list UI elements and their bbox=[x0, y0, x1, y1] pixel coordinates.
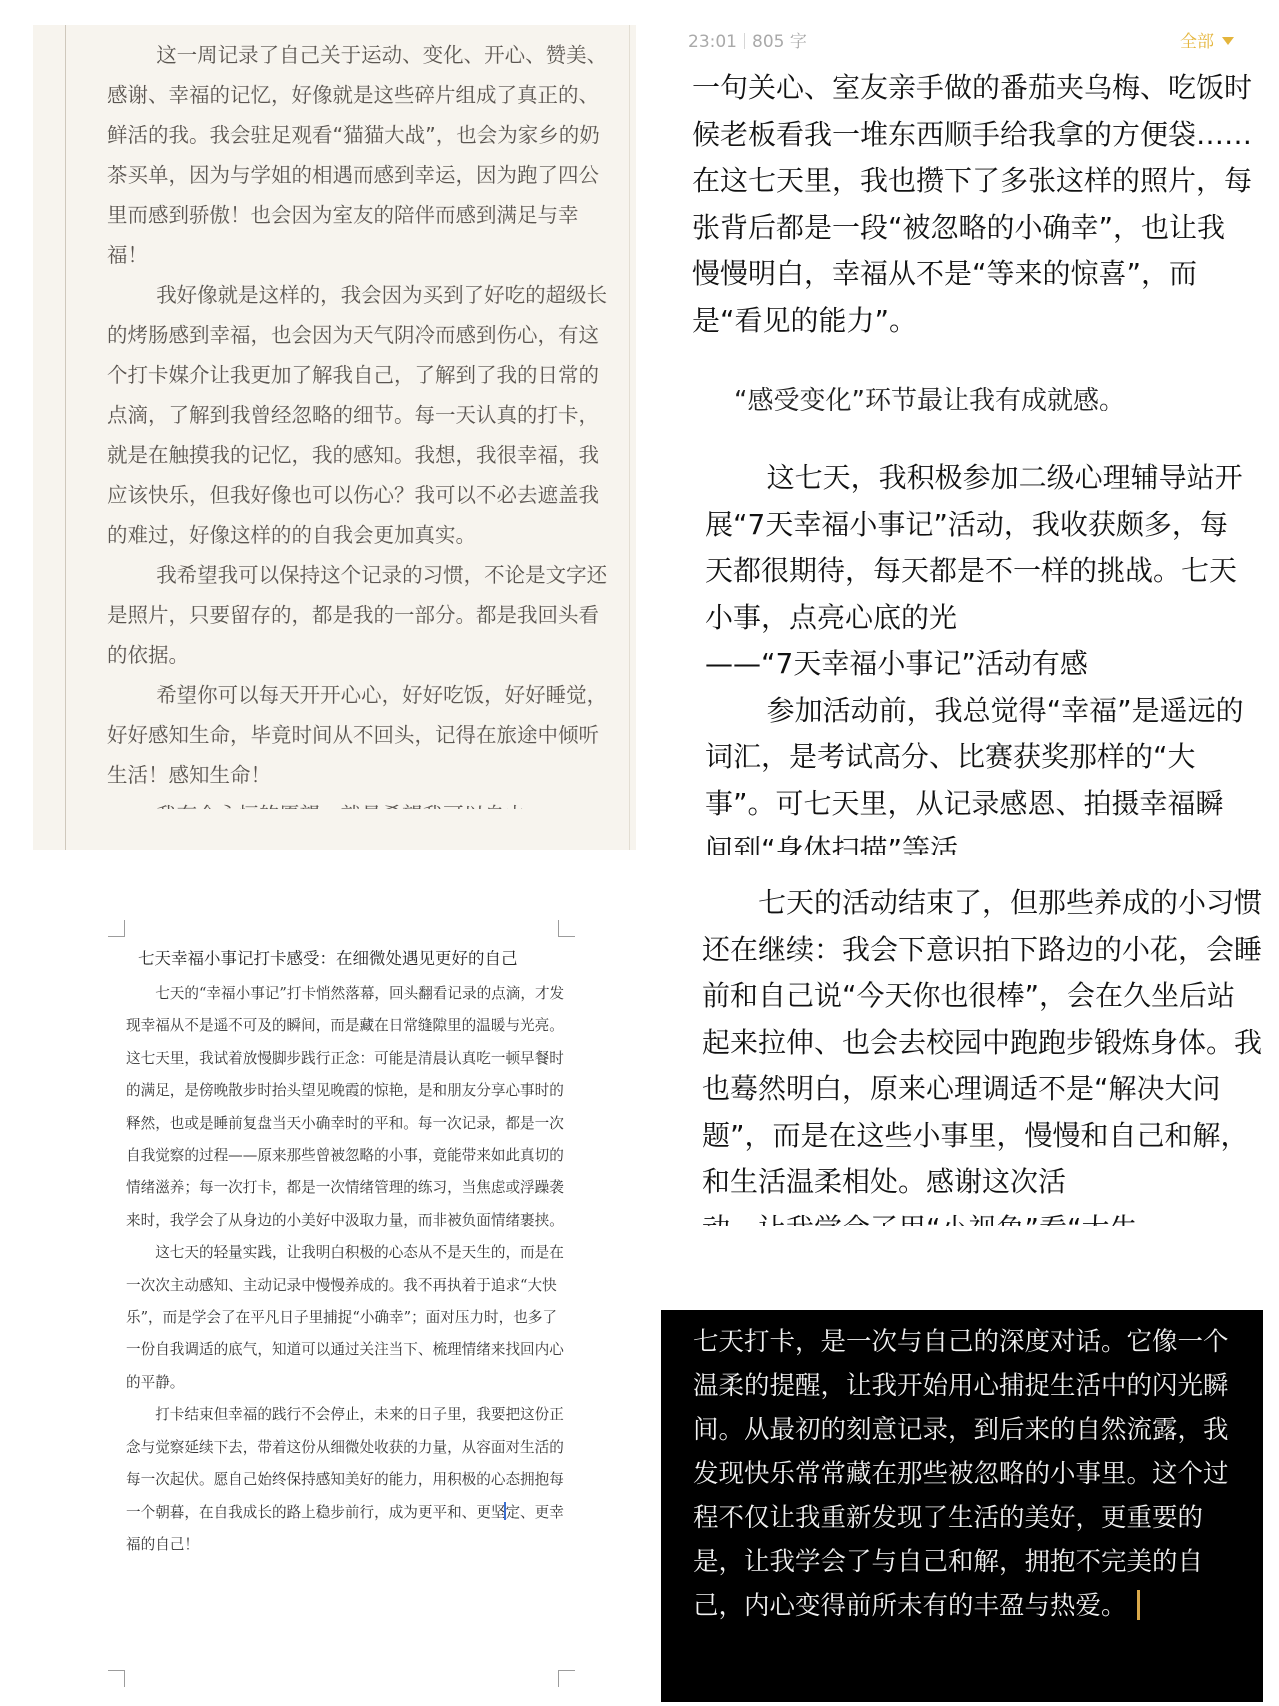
reader-cut-line: 我有个永恒的愿望，就是希望我可以自由 bbox=[107, 795, 617, 809]
reader-paragraph: 我好像就是这样的，我会因为买到了好吃的超级长的烤肠感到幸福，也会因为天气阴冷而感… bbox=[107, 275, 617, 555]
note-body-top: 一句关心、室友亲手做的番茄夹乌梅、吃饭时候老板看我一堆东西顺手给我拿的方便袋……… bbox=[692, 65, 1252, 344]
document-paragraph: 这七天的轻量实践，让我明白积极的心态从不是天生的，而是在一次次主动感知、主动记录… bbox=[126, 1237, 568, 1399]
notes-screenshot-panel: 23:01805 字 全部 一句关心、室友亲手做的番茄夹乌梅、吃饭时候老板看我一… bbox=[670, 15, 1279, 855]
reader-text: 这一周记录了自己关于运动、变化、开心、赞美、感谢、幸福的记忆，好像就是这些碎片组… bbox=[107, 35, 617, 809]
triangle-down-icon bbox=[1222, 37, 1234, 45]
note-paragraph: 参加活动前，我总觉得“幸福”是遥远的词汇，是考试高分、比赛获奖那样的“大事”。可… bbox=[705, 688, 1245, 856]
page-corner-mark bbox=[108, 920, 125, 937]
filter-dropdown[interactable]: 全部 bbox=[1180, 27, 1234, 52]
paragraph-text: 打卡结束但幸福的践行不会停止，未来的日子里，我要把这份正念与觉察延续下去，带着这… bbox=[126, 1406, 564, 1520]
dark-editor-panel[interactable]: 七天打卡，是一次与自己的深度对话。它像一个温柔的提醒，让我开始用心捕捉生活中的闪… bbox=[661, 1310, 1263, 1702]
note-time: 23:01 bbox=[688, 32, 737, 52]
document-screenshot-panel: 七天幸福小事记打卡感受：在细微处遇见更好的自己 七天的“幸福小事记”打卡悄然落幕… bbox=[100, 900, 600, 1706]
document-paragraph: 七天的“幸福小事记”打卡悄然落幕，回头翻看记录的点滴，才发现幸福从不是遥不可及的… bbox=[126, 978, 568, 1237]
note-body: 七天的活动结束了，但那些养成的小习惯还在继续：我会下意识拍下路边的小花，会睡前和… bbox=[702, 880, 1262, 1226]
note-paragraph: 七天的活动结束了，但那些养成的小习惯还在继续：我会下意识拍下路边的小花，会睡前和… bbox=[702, 880, 1262, 1206]
page-corner-mark bbox=[558, 920, 575, 937]
text-cursor bbox=[1137, 1590, 1140, 1620]
dark-editor-text[interactable]: 七天打卡，是一次与自己的深度对话。它像一个温柔的提醒，让我开始用心捕捉生活中的闪… bbox=[693, 1320, 1233, 1628]
page-margin-line bbox=[65, 25, 66, 850]
word-count: 805 字 bbox=[752, 32, 807, 52]
note-subtitle: ——“7天幸福小事记”活动有感 bbox=[705, 641, 1245, 688]
document-paragraph: 打卡结束但幸福的践行不会停止，未来的日子里，我要把这份正念与觉察延续下去，带着这… bbox=[126, 1399, 568, 1561]
document-body[interactable]: 七天的“幸福小事记”打卡悄然落幕，回头翻看记录的点滴，才发现幸福从不是遥不可及的… bbox=[126, 978, 568, 1561]
reader-paragraph: 希望你可以每天开开心心，好好吃饭，好好睡觉，好好感知生命，毕竟时间从不回头，记得… bbox=[107, 675, 617, 795]
paragraph-text: 七天打卡，是一次与自己的深度对话。它像一个温柔的提醒，让我开始用心捕捉生活中的闪… bbox=[693, 1327, 1229, 1621]
note-cut-line: 动，让我学会了用“小视角”看“大生 bbox=[702, 1206, 1262, 1226]
reader-paragraph: 我希望我可以保持这个记录的习惯，不论是文字还是照片，只要留存的，都是我的一部分。… bbox=[107, 555, 617, 675]
note-body-lower: 这七天，我积极参加二级心理辅导站开展“7天幸福小事记”活动，我收获颇多，每天都很… bbox=[705, 455, 1245, 855]
page-edge-line bbox=[629, 25, 630, 850]
note-paragraph: 一句关心、室友亲手做的番茄夹乌梅、吃饭时候老板看我一堆东西顺手给我拿的方便袋……… bbox=[692, 65, 1252, 344]
note-meta: 23:01805 字 bbox=[688, 27, 807, 52]
document-title: 七天幸福小事记打卡感受：在细微处遇见更好的自己 bbox=[138, 945, 518, 969]
meta-divider bbox=[744, 33, 745, 49]
page-corner-mark bbox=[108, 1670, 125, 1687]
filter-label: 全部 bbox=[1180, 32, 1214, 52]
editor-paragraph: 七天打卡，是一次与自己的深度对话。它像一个温柔的提醒，让我开始用心捕捉生活中的闪… bbox=[693, 1320, 1233, 1628]
reader-paragraph: 这一周记录了自己关于运动、变化、开心、赞美、感谢、幸福的记忆，好像就是这些碎片组… bbox=[107, 35, 617, 275]
reader-screenshot-panel: 这一周记录了自己关于运动、变化、开心、赞美、感谢、幸福的记忆，好像就是这些碎片组… bbox=[33, 25, 636, 850]
note-paragraph: 这七天，我积极参加二级心理辅导站开展“7天幸福小事记”活动，我收获颇多，每天都很… bbox=[705, 455, 1245, 641]
page-corner-mark bbox=[558, 1670, 575, 1687]
cropped-snippet: “感受变化”环节最让我有成就感。 bbox=[734, 385, 1125, 411]
notes-continuation-panel: 七天的活动结束了，但那些养成的小习惯还在继续：我会下意识拍下路边的小花，会睡前和… bbox=[690, 880, 1279, 1275]
